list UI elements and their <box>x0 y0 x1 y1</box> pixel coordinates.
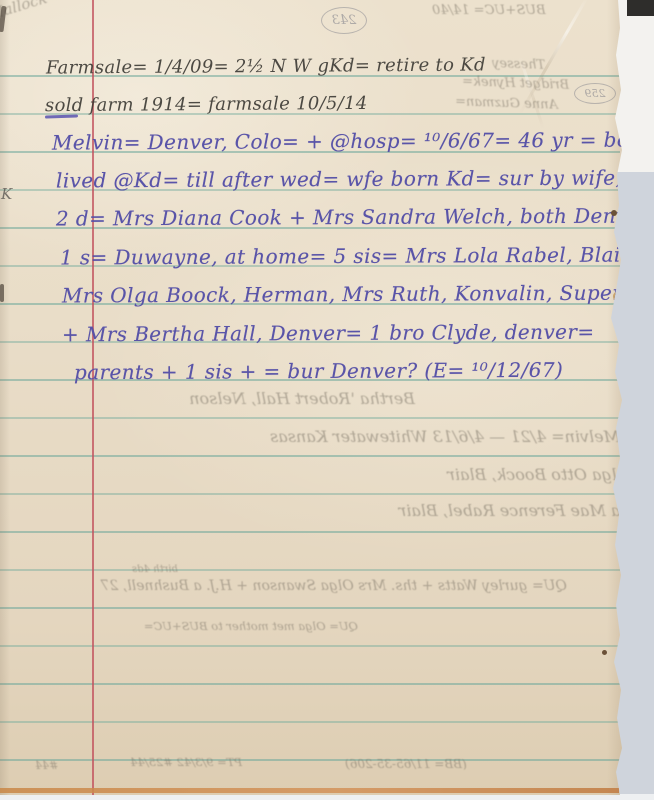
page-bottom-edge <box>0 788 619 793</box>
handwritten-line-ink-7: parents + 1 sis + = bur Denver? (E= ¹⁰/1… <box>74 358 563 385</box>
ghost-text-right-2: Bridget Hynek= <box>462 75 570 94</box>
paper-speck <box>611 210 617 216</box>
edge-mark <box>0 284 4 302</box>
ghost-margin-mark: K <box>1 186 12 203</box>
ghost-small-note: birth 4ds <box>132 564 178 576</box>
handwritten-line-ink-1: Melvin= Denver, Colo= + @hosp= ¹⁰/6/67= … <box>52 127 654 154</box>
ghost-bottom-line-1: PT= 9/3/42 #25/44 <box>130 756 242 769</box>
ghost-row-4: Ida Mae Ference Rabel, Blair <box>85 502 637 520</box>
blue-underline-sold <box>45 114 78 118</box>
ghost-row-2: Melvin= 4/21 — 4/6/13 Whitewater Kansas <box>85 428 620 446</box>
handwritten-line-ink-3: 2 d= Mrs Diana Cook + Mrs Sandra Welch, … <box>56 203 650 230</box>
left-edge-shading <box>0 0 10 795</box>
handwritten-line-ink-5: Mrs Olga Boock, Herman, Mrs Ruth, Konval… <box>62 280 654 307</box>
ghost-row-3: Olga Otto Boock, Blair <box>85 466 630 484</box>
handwritten-line-ink-4: 1 s= Duwayne, at home= 5 sis= Mrs Lola R… <box>60 243 631 270</box>
ghost-oval-stamp-2: 259 <box>574 83 616 104</box>
paper-speck <box>613 292 620 301</box>
ghost-oval-stamp: 243 <box>321 7 367 34</box>
scanned-notebook-page: Hallock 243 BUS+UC= 14/40 Thessey Bridge… <box>0 0 654 800</box>
ghost-bottom-line-2: (BB= 11/65-35-206) <box>345 758 467 772</box>
handwritten-line-pencil-1: Farmsale= 1/4/09= 2½ N W gKd= retire to … <box>46 54 486 79</box>
scanner-background-dark-corner <box>627 0 654 16</box>
handwritten-line-ink-6: + Mrs Bertha Hall, Denver= 1 bro Clyde, … <box>62 320 595 347</box>
notebook-paper: Hallock 243 BUS+UC= 14/40 Thessey Bridge… <box>0 0 625 795</box>
ghost-lower-line-2: QU= Olga met mother to BUS+UC= <box>198 620 358 633</box>
paper-speck <box>602 650 607 655</box>
handwritten-line-ink-2: lived @Kd= till after wed= wfe born Kd= … <box>56 166 622 193</box>
handwritten-line-pencil-2: sold farm 1914= farmsale 10/5/14 <box>45 93 368 117</box>
ghost-text-top-right: BUS+UC= 14/40 <box>432 4 546 19</box>
ghost-bottom-fragment: #44 <box>35 760 58 773</box>
ghost-text-right-1: Thessey <box>492 57 546 74</box>
ghost-text-right-3: Anne Guzman= <box>455 95 558 114</box>
ghost-lower-line-1: QU= gurley Watts + ths. Mrs Olga Swanson… <box>22 578 567 594</box>
ghost-row-1: Bertha 'Robert Hall, Nelson <box>85 390 415 408</box>
